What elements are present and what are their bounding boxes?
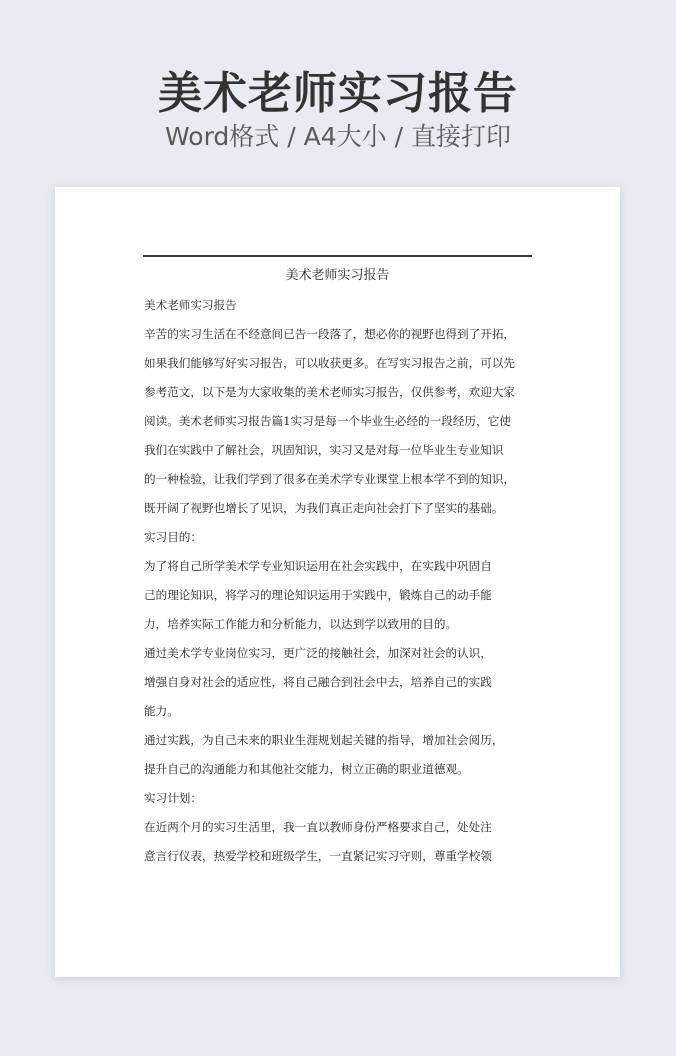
document-line: 我们在实践中了解社会，巩固知识，实习又是对每一位毕业生专业知识: [144, 440, 536, 469]
document-line: 能力。: [144, 701, 536, 730]
document-line: 参考范文，以下是为大家收集的美术老师实习报告，仅供参考，欢迎大家: [144, 382, 536, 411]
document-line: 增强自身对社会的适应性，将自己融合到社会中去，培养自己的实践: [144, 672, 536, 701]
document-line: 力，培养实际工作能力和分析能力，以达到学以致用的目的。: [144, 614, 536, 643]
document-line: 己的理论知识，将学习的理论知识运用于实践中，锻炼自己的动手能: [144, 585, 536, 614]
document-line: 的一种检验，让我们学到了很多在美术学专业课堂上根本学不到的知识，: [144, 469, 536, 498]
header-rule-divider: [143, 255, 532, 257]
document-page-preview: 美术老师实习报告 美术老师实习报告 辛苦的实习生活在不经意间已告一段落了，想必你…: [55, 187, 620, 977]
document-line: 阅读。美术老师实习报告篇1实习是每一个毕业生必经的一段经历，它使: [144, 411, 536, 440]
document-line: 辛苦的实习生活在不经意间已告一段落了，想必你的视野也得到了开拓，: [144, 324, 536, 353]
document-line: 美术老师实习报告: [144, 295, 536, 324]
document-line: 通过美术学专业岗位实习，更广泛的接触社会，加深对社会的认识，: [144, 643, 536, 672]
document-line: 为了将自己所学美术学专业知识运用在社会实践中，在实践中巩固自: [144, 556, 536, 585]
document-line: 意言行仪表，热爱学校和班级学生，一直紧记实习守则，尊重学校领: [144, 846, 536, 875]
section-heading-purpose: 实习目的：: [144, 527, 536, 556]
document-line: 通过实践，为自己未来的职业生涯规划起关键的指导，增加社会阅历，: [144, 730, 536, 759]
document-line: 如果我们能够写好实习报告，可以收获更多。在写实习报告之前，可以先: [144, 353, 536, 382]
page-subheading: Word格式 / A4大小 / 直接打印: [0, 119, 676, 155]
page-heading: 美术老师实习报告: [0, 66, 676, 122]
document-title: 美术老师实习报告: [143, 266, 532, 286]
document-line: 提升自己的沟通能力和其他社交能力，树立正确的职业道德观。: [144, 759, 536, 788]
document-body: 美术老师实习报告 辛苦的实习生活在不经意间已告一段落了，想必你的视野也得到了开拓…: [144, 295, 536, 875]
document-line: 既开阔了视野也增长了见识，为我们真正走向社会打下了坚实的基础。: [144, 498, 536, 527]
section-heading-plan: 实习计划：: [144, 788, 536, 817]
document-line: 在近两个月的实习生活里，我一直以教师身份严格要求自己，处处注: [144, 817, 536, 846]
